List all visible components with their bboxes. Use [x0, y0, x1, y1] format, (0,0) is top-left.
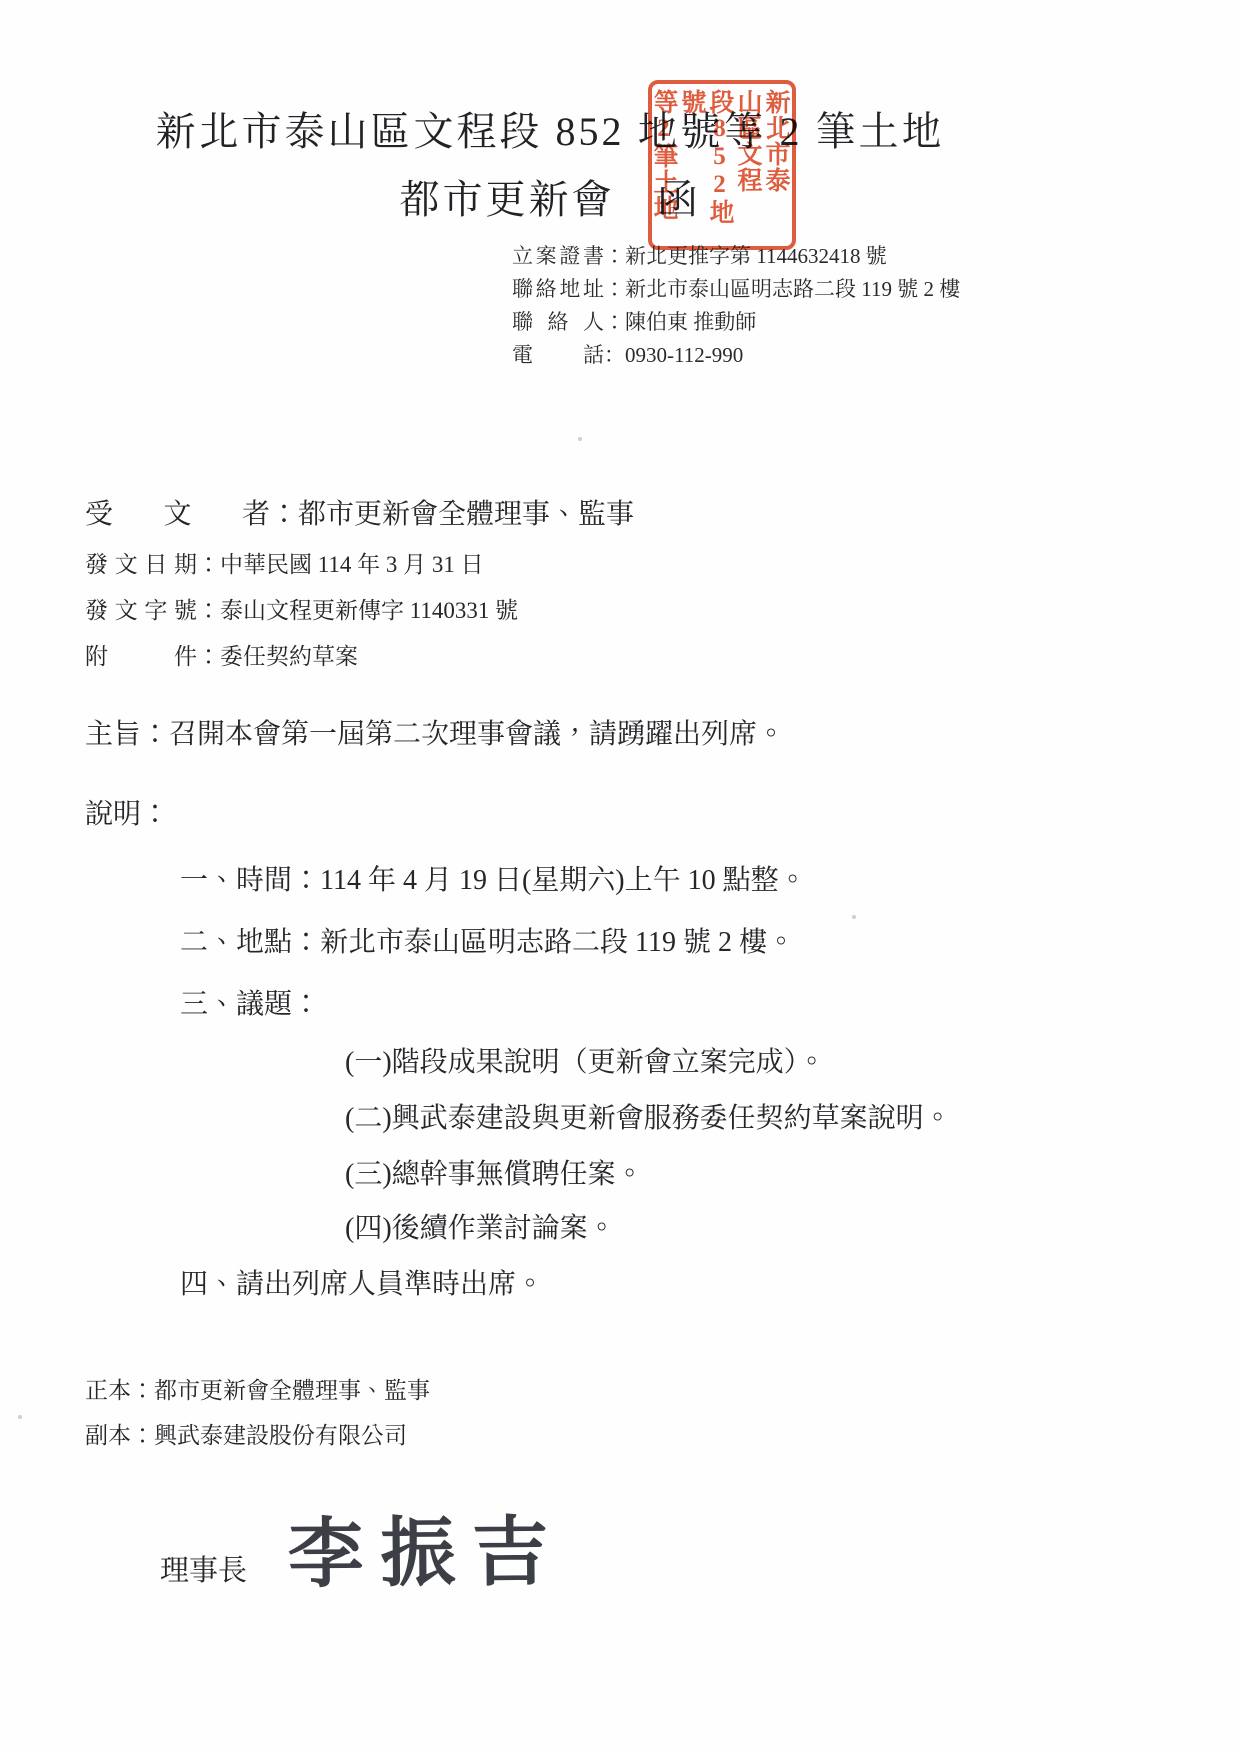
chairman-signature: 李振吉	[288, 1491, 565, 1602]
contact-person-label: 聯絡人	[512, 306, 604, 336]
original-copy-value: 都市更新會全體理事、監事	[154, 1378, 430, 1403]
reference-number-line: 發文字號：泰山文程更新傳字 1140331 號	[85, 592, 634, 625]
colon: ：	[197, 644, 220, 669]
reference-number-value: 泰山文程更新傳字 1140331 號	[220, 598, 518, 623]
duplicate-copy-value: 興武泰建設股份有限公司	[154, 1423, 407, 1448]
scan-speck	[578, 437, 582, 441]
contact-address-label: 聯絡地址	[512, 273, 604, 303]
contact-address-line: 聯絡地址：新北市泰山區明志路二段 119 號 2 樓	[512, 273, 960, 306]
issue-date-value: 中華民國 114 年 3 月 31 日	[220, 552, 484, 577]
issue-date-line: 發文日期：中華民國 114 年 3 月 31 日	[85, 546, 634, 579]
red-association-seal-stamp: 新北市泰 山區文程 段852地號 等2筆土地 都市更新會	[648, 80, 796, 250]
explanation-item-4-attendance: 四、請出列席人員準時出席。	[180, 1262, 544, 1302]
recipient-label: 受文者	[85, 492, 270, 532]
explanation-item-2-location: 二、地點：新北市泰山區明志路二段 119 號 2 樓。	[180, 920, 795, 960]
colon: ：	[131, 1423, 154, 1448]
colon: ：	[604, 277, 625, 301]
colon: ：	[270, 499, 298, 530]
original-copy-line: 正本：都市更新會全體理事、監事	[85, 1372, 430, 1405]
topic-subitem-3: (三)總幹事無償聘任案。	[345, 1152, 644, 1192]
document-title-line2: 都市更新會 函	[0, 168, 1100, 225]
phone-label: 電話	[512, 339, 604, 369]
colon: ：	[604, 343, 625, 367]
reference-number-label: 發文字號	[85, 592, 197, 625]
contact-info-block: 立案證書：新北更推字第 1144632418 號 聯絡地址：新北市泰山區明志路二…	[512, 240, 960, 372]
subject-label: 主旨	[85, 719, 141, 750]
explanation-item-1-time: 一、時間：114 年 4 月 19 日(星期六)上午 10 點整。	[180, 858, 807, 898]
scan-speck	[18, 1415, 22, 1419]
recipient-line: 受文者：都市更新會全體理事、監事	[85, 492, 634, 532]
original-copy-label: 正本	[85, 1378, 131, 1403]
registration-certificate-value: 新北更推字第 1144632418 號	[625, 244, 887, 268]
topic-subitem-2: (二)興武泰建設與更新會服務委任契約草案說明。	[345, 1096, 952, 1136]
explanation-item-3-topics: 三、議題：	[180, 982, 320, 1022]
duplicate-copy-line: 副本：興武泰建設股份有限公司	[85, 1417, 430, 1450]
registration-certificate-line: 立案證書：新北更推字第 1144632418 號	[512, 240, 960, 273]
colon: ：	[604, 310, 625, 334]
issue-date-label: 發文日期	[85, 546, 197, 579]
subject-text: 召開本會第一屆第二次理事會議，請踴躍出列席。	[169, 719, 785, 750]
contact-person-value: 陳伯東 推動師	[625, 310, 756, 334]
explanation-label: 說明：	[85, 792, 169, 832]
document-title-line1: 新北市泰山區文程段 852 地號等 2 筆土地	[0, 100, 1100, 157]
colon: ：	[141, 719, 169, 750]
registration-certificate-label: 立案證書	[512, 240, 604, 270]
phone-line: 電話：0930-112-990	[512, 339, 960, 372]
colon: ：	[197, 598, 220, 623]
attachment-line: 附件：委任契約草案	[85, 638, 634, 671]
attachment-label: 附件	[85, 638, 197, 671]
duplicate-copy-label: 副本	[85, 1423, 131, 1448]
phone-value: 0930-112-990	[625, 343, 743, 367]
chairman-title: 理事長	[160, 1548, 247, 1589]
recipient-value: 都市更新會全體理事、監事	[298, 499, 634, 530]
attachment-value: 委任契約草案	[220, 644, 358, 669]
colon: ：	[197, 552, 220, 577]
contact-address-value: 新北市泰山區明志路二段 119 號 2 樓	[625, 277, 960, 301]
document-info-block: 受文者：都市更新會全體理事、監事 發文日期：中華民國 114 年 3 月 31 …	[85, 492, 634, 684]
subject-line: 主旨：召開本會第一屆第二次理事會議，請踴躍出列席。	[85, 712, 785, 752]
topic-subitem-4: (四)後續作業討論案。	[345, 1206, 616, 1246]
contact-person-line: 聯絡人：陳伯東 推動師	[512, 306, 960, 339]
colon: ：	[604, 244, 625, 268]
official-letter-page: 新北市泰山區文程段 852 地號等 2 筆土地 都市更新會 函 新北市泰 山區文…	[0, 0, 1241, 1755]
topic-subitem-1: (一)階段成果說明（更新會立案完成）。	[345, 1040, 826, 1080]
scan-speck	[852, 915, 856, 919]
copies-block: 正本：都市更新會全體理事、監事 副本：興武泰建設股份有限公司	[85, 1372, 430, 1462]
colon: ：	[131, 1378, 154, 1403]
